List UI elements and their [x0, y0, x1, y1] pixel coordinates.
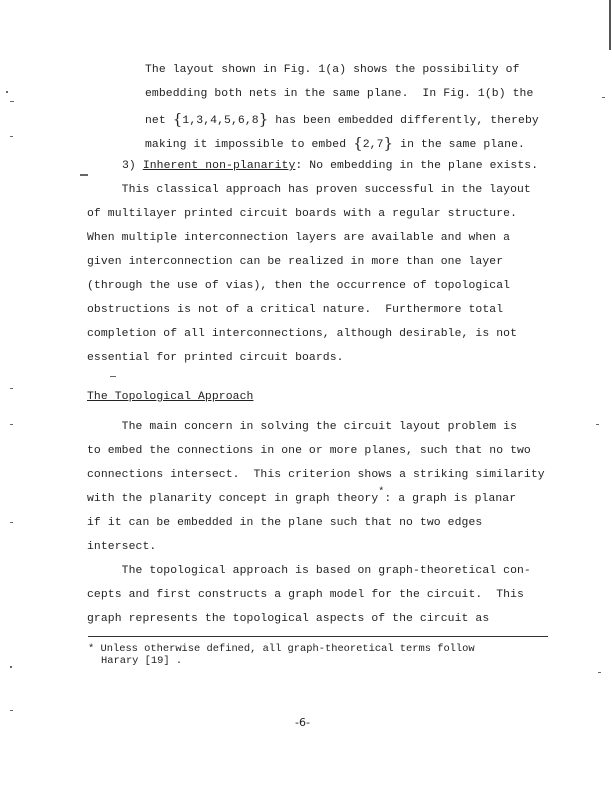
- document-page: The layout shown in Fig. 1(a) shows the …: [0, 0, 612, 791]
- text-line: embedding both nets in the same plane. I…: [145, 87, 533, 101]
- text-fragment: : a graph is planar: [384, 493, 516, 505]
- text-line: cepts and first constructs a graph model…: [87, 588, 524, 602]
- scan-speck: [110, 376, 116, 377]
- text-line: The layout shown in Fig. 1(a) shows the …: [145, 63, 520, 77]
- text-line: (through the use of vias), then the occu…: [87, 279, 510, 293]
- list-number: 3): [122, 160, 136, 172]
- scan-speck: [10, 424, 13, 425]
- scan-speck: [10, 710, 13, 711]
- text-line: with the planarity concept in graph theo…: [87, 492, 516, 507]
- text-fragment: making it impossible to embed: [145, 139, 353, 151]
- list-text: : No embedding in the plane exists.: [295, 160, 538, 172]
- text-line: connections intersect. This criterion sh…: [87, 468, 545, 482]
- net-set: 2,7: [363, 139, 384, 151]
- scan-speck: [10, 101, 14, 102]
- footnote-marker: *: [88, 643, 94, 655]
- text-fragment: has been embedded differently, thereby: [268, 115, 538, 127]
- text-line: net {1,3,4,5,6,8} has been embedded diff…: [145, 111, 539, 128]
- text-line: The main concern in solving the circuit …: [87, 420, 517, 434]
- net-set: 1,3,4,5,6,8: [182, 115, 258, 127]
- text-line: to embed the connections in one or more …: [87, 444, 531, 458]
- brace-open: {: [173, 110, 183, 128]
- text-line: graph represents the topological aspects…: [87, 612, 489, 626]
- list-term: Inherent non-planarity: [143, 160, 296, 172]
- brace-close: }: [384, 134, 394, 152]
- scan-speck: [10, 388, 13, 389]
- text-line: obstructions is not of a critical nature…: [87, 303, 503, 317]
- footnote-marker: *: [378, 487, 384, 498]
- text-line: of multilayer printed circuit boards wit…: [87, 207, 517, 221]
- list-item-3: 3) Inherent non-planarity: No embedding …: [122, 159, 538, 173]
- scan-speck: [10, 136, 13, 137]
- text-line: intersect.: [87, 540, 156, 554]
- brace-open: {: [353, 134, 363, 152]
- footnote-text: Harary: [101, 655, 145, 667]
- scan-speck: [598, 672, 601, 673]
- footnote-text: Unless otherwise defined, all graph-theo…: [101, 643, 475, 655]
- scan-speck: [602, 97, 605, 98]
- page-number: -6-: [295, 716, 310, 729]
- section-heading: The Topological Approach: [87, 390, 253, 404]
- text-line: When multiple interconnection layers are…: [87, 231, 510, 245]
- text-line: The topological approach is based on gra…: [87, 564, 531, 578]
- footnote-line: Harary [19] .: [101, 655, 182, 667]
- text-line: essential for printed circuit boards.: [87, 351, 344, 365]
- scan-speck: [10, 522, 13, 523]
- footnote-text: .: [170, 655, 182, 667]
- citation-ref: 19: [151, 655, 163, 667]
- scan-speck: [80, 174, 88, 176]
- scan-speck: [596, 424, 599, 425]
- text-line: making it impossible to embed {2,7} in t…: [145, 135, 525, 152]
- scan-edge-mark: [609, 0, 611, 50]
- text-line: This classical approach has proven succe…: [87, 183, 531, 197]
- text-line: if it can be embedded in the plane such …: [87, 516, 482, 530]
- scan-speck: [10, 666, 12, 668]
- scan-speck: [6, 91, 8, 93]
- brace-close: }: [259, 110, 269, 128]
- text-fragment: net: [145, 115, 173, 127]
- footnote-separator: [88, 636, 548, 637]
- footnote-line: * Unless otherwise defined, all graph-th…: [88, 643, 475, 655]
- text-line: completion of all interconnections, alth…: [87, 327, 517, 341]
- text-fragment: in the same plane.: [393, 139, 525, 151]
- text-fragment: with the planarity concept in graph theo…: [87, 493, 378, 505]
- text-line: given interconnection can be realized in…: [87, 255, 503, 269]
